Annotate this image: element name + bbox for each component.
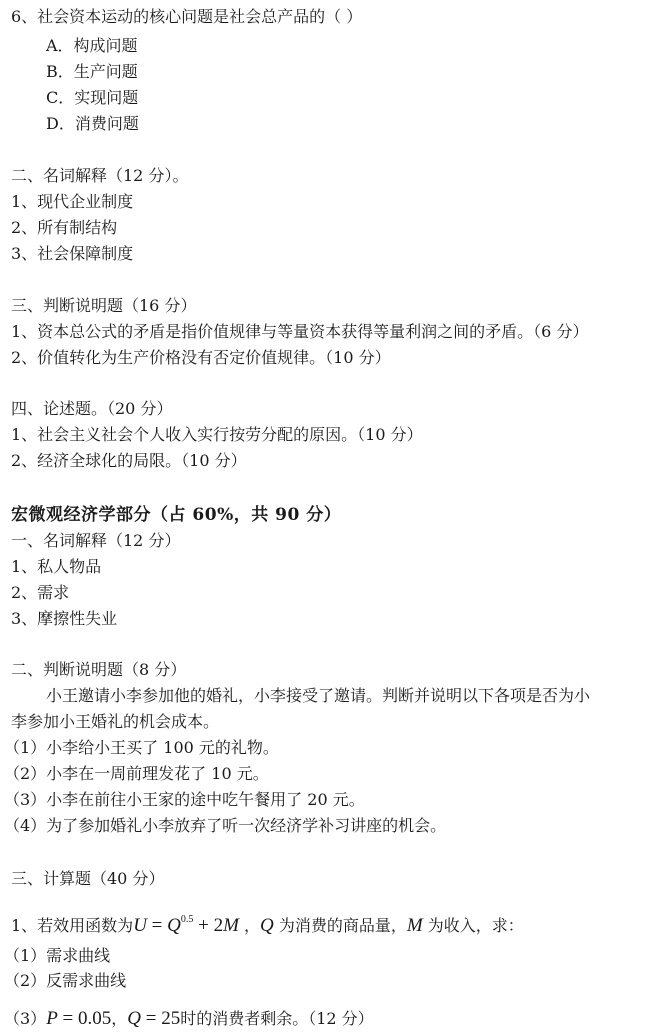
question-prefix: 1、若效用函数为 bbox=[11, 916, 133, 935]
item-number: （3） bbox=[4, 1009, 46, 1028]
formula-var-m: M bbox=[223, 915, 239, 936]
option-d: D．消费问题 bbox=[46, 113, 139, 135]
formula-plus: + 2 bbox=[193, 915, 223, 936]
item-text: 时的消费者剩余。（12 分） bbox=[180, 1009, 373, 1028]
list-item: 1、现代企业制度 bbox=[11, 191, 133, 213]
list-item: 3、摩擦性失业 bbox=[11, 608, 117, 630]
option-b: B．生产问题 bbox=[46, 61, 138, 83]
section-title: 二、判断说明题（8 分） bbox=[11, 659, 186, 681]
list-item: （3）P = 0.05，Q = 25时的消费者剩余。（12 分） bbox=[4, 1006, 374, 1032]
value-p: = 0.05 bbox=[58, 1008, 111, 1029]
section-title: 三、判断说明题（16 分） bbox=[11, 295, 196, 317]
var-m: M bbox=[407, 915, 423, 936]
list-item: （2）小李在一周前理发花了 10 元。 bbox=[4, 763, 269, 785]
formula-var-u: U bbox=[133, 915, 147, 936]
section-title: 三、计算题（40 分） bbox=[11, 868, 164, 890]
option-a: A．构成问题 bbox=[46, 35, 138, 57]
list-item: 1、社会主义社会个人收入实行按劳分配的原因。（10 分） bbox=[11, 424, 423, 446]
list-item: 2、需求 bbox=[11, 582, 69, 604]
list-item: （4）为了参加婚礼小李放弃了听一次经济学补习讲座的机会。 bbox=[4, 815, 446, 837]
paragraph-line: 小王邀请小李参加他的婚礼，小李接受了邀请。判断并说明以下各项是否为小 bbox=[46, 685, 590, 707]
list-item: （1）需求曲线 bbox=[4, 945, 110, 967]
part-heading: 宏微观经济学部分（占 60%，共 90 分） bbox=[11, 504, 341, 526]
text-m: 为收入，求： bbox=[423, 916, 524, 935]
var-q: Q bbox=[260, 915, 274, 936]
var-p: P bbox=[46, 1008, 58, 1029]
formula-equals: = bbox=[147, 915, 167, 936]
list-item: 1、资本总公式的矛盾是指价值规律与等量资本获得等量利润之间的矛盾。（6 分） bbox=[11, 321, 588, 343]
list-item: 3、社会保障制度 bbox=[11, 243, 133, 265]
var-q: Q bbox=[127, 1008, 141, 1029]
formula-exponent: 0.5 bbox=[181, 914, 194, 925]
list-item: 1、私人物品 bbox=[11, 556, 101, 578]
list-item: 2、经济全球化的局限。（10 分） bbox=[11, 450, 247, 472]
list-item: （2）反需求曲线 bbox=[4, 970, 126, 992]
list-item: 2、价值转化为生产价格没有否定价值规律。（10 分） bbox=[11, 347, 391, 369]
value-q: = 25 bbox=[141, 1008, 180, 1029]
text-q: 为消费的商品量， bbox=[274, 916, 407, 935]
separator: ， bbox=[111, 1009, 127, 1028]
list-item: （1）小李给小王买了 100 元的礼物。 bbox=[4, 737, 279, 759]
calc-question-1: 1、若效用函数为U = Q0.5 + 2M ，Q 为消费的商品量，M 为收入，求… bbox=[11, 907, 524, 933]
formula-var-q: Q bbox=[167, 915, 181, 936]
option-c: C．实现问题 bbox=[46, 87, 138, 109]
list-item: （3）小李在前往小王家的途中吃午餐用了 20 元。 bbox=[4, 789, 365, 811]
question-6-stem: 6、社会资本运动的核心问题是社会总产品的（ ） bbox=[11, 6, 362, 28]
paragraph-line: 李参加小王婚礼的机会成本。 bbox=[11, 711, 219, 733]
separator: ， bbox=[244, 916, 260, 935]
section-title: 二、名词解释（12 分）。 bbox=[11, 165, 188, 187]
section-title: 四、论述题。（20 分） bbox=[11, 398, 172, 420]
section-title: 一、名词解释（12 分） bbox=[11, 530, 180, 552]
list-item: 2、所有制结构 bbox=[11, 217, 117, 239]
